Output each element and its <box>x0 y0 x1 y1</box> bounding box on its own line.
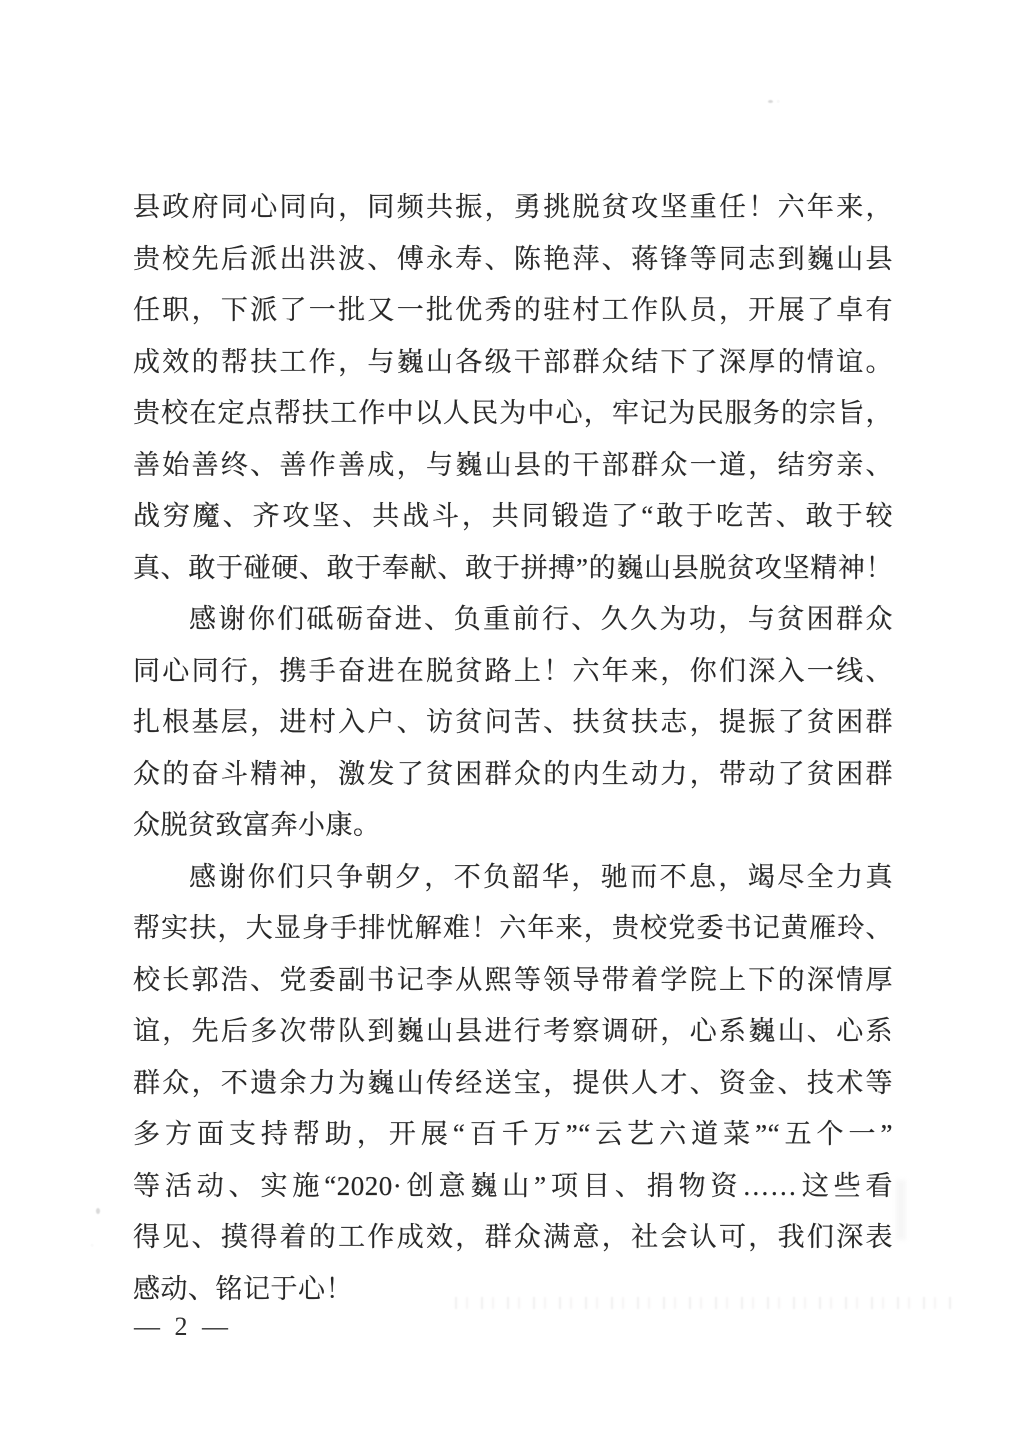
text-line: 战穷魔、齐攻坚、共战斗，共同锻造了“敢于吃苦、敢于较 <box>133 491 893 543</box>
text-line: 众的奋斗精神，激发了贫困群众的内生动力，带动了贫困群 <box>133 749 893 801</box>
letter-body: 县政府同心同向，同频共振，勇挑脱贫攻坚重任！六年来， 贵校先后派出洪波、傅永寿、… <box>133 182 893 1315</box>
text-line: 得见、摸得着的工作成效，群众满意，社会认可，我们深表 <box>133 1212 893 1264</box>
text-line: 同心同行，携手奋进在脱贫路上！六年来，你们深入一线、 <box>133 646 893 698</box>
text-line paragraph-end: 众脱贫致富奔小康。 <box>133 800 893 852</box>
text-line: 帮实扶，大显身手排忧解难！六年来，贵校党委书记黄雁玲、 <box>133 903 893 955</box>
text-line: 等活动、实施“2020·创意巍山”项目、捐物资……这些看 <box>133 1161 893 1213</box>
text-line: 贵校在定点帮扶工作中以人民为中心，牢记为民服务的宗旨， <box>133 388 893 440</box>
text-line: 校长郭浩、党委副书记李从熙等领导带着学院上下的深情厚 <box>133 955 893 1007</box>
text-line: 群众，不遗余力为巍山传经送宝，提供人才、资金、技术等 <box>133 1058 893 1110</box>
text-line: 扎根基层，进村入户、访贫问苦、扶贫扶志，提振了贫困群 <box>133 697 893 749</box>
text-line: 善始善终、善作善成，与巍山县的干部群众一道，结穷亲、 <box>133 440 893 492</box>
text-line paragraph-start: 感谢你们砥砺奋进、负重前行、久久为功，与贫困群众 <box>133 594 893 646</box>
scan-noise-dot <box>96 1208 100 1214</box>
text-line: 贵校先后派出洪波、傅永寿、陈艳萍、蒋锋等同志到巍山县 <box>133 234 893 286</box>
scanned-page: 县政府同心同向，同频共振，勇挑脱贫攻坚重任！六年来， 贵校先后派出洪波、傅永寿、… <box>0 0 1024 1448</box>
text-line paragraph-start: 感谢你们只争朝夕，不负韶华，驰而不息，竭尽全力真 <box>133 852 893 904</box>
text-line: 多方面支持帮助，开展“百千万”“云艺六道菜”“五个一” <box>133 1109 893 1161</box>
scan-noise-smudge <box>896 1180 906 1240</box>
scan-noise-dot <box>768 100 773 103</box>
text-line: 成效的帮扶工作，与巍山各级干部群众结下了深厚的情谊。 <box>133 337 893 389</box>
text-line paragraph-end: 感动、铭记于心！ <box>133 1264 893 1316</box>
text-line: 真、敢于碰硬、敢于奉献、敢于拼搏”的巍山县脱贫攻坚精神！ <box>133 543 893 595</box>
text-line: 任职，下派了一批又一批优秀的驻村工作队员，开展了卓有 <box>133 285 893 337</box>
page-number: — 2 — <box>134 1312 232 1342</box>
text-line: 谊，先后多次带队到巍山县进行考察调研，心系巍山、心系 <box>133 1006 893 1058</box>
text-line: 县政府同心同向，同频共振，勇挑脱贫攻坚重任！六年来， <box>133 182 893 234</box>
